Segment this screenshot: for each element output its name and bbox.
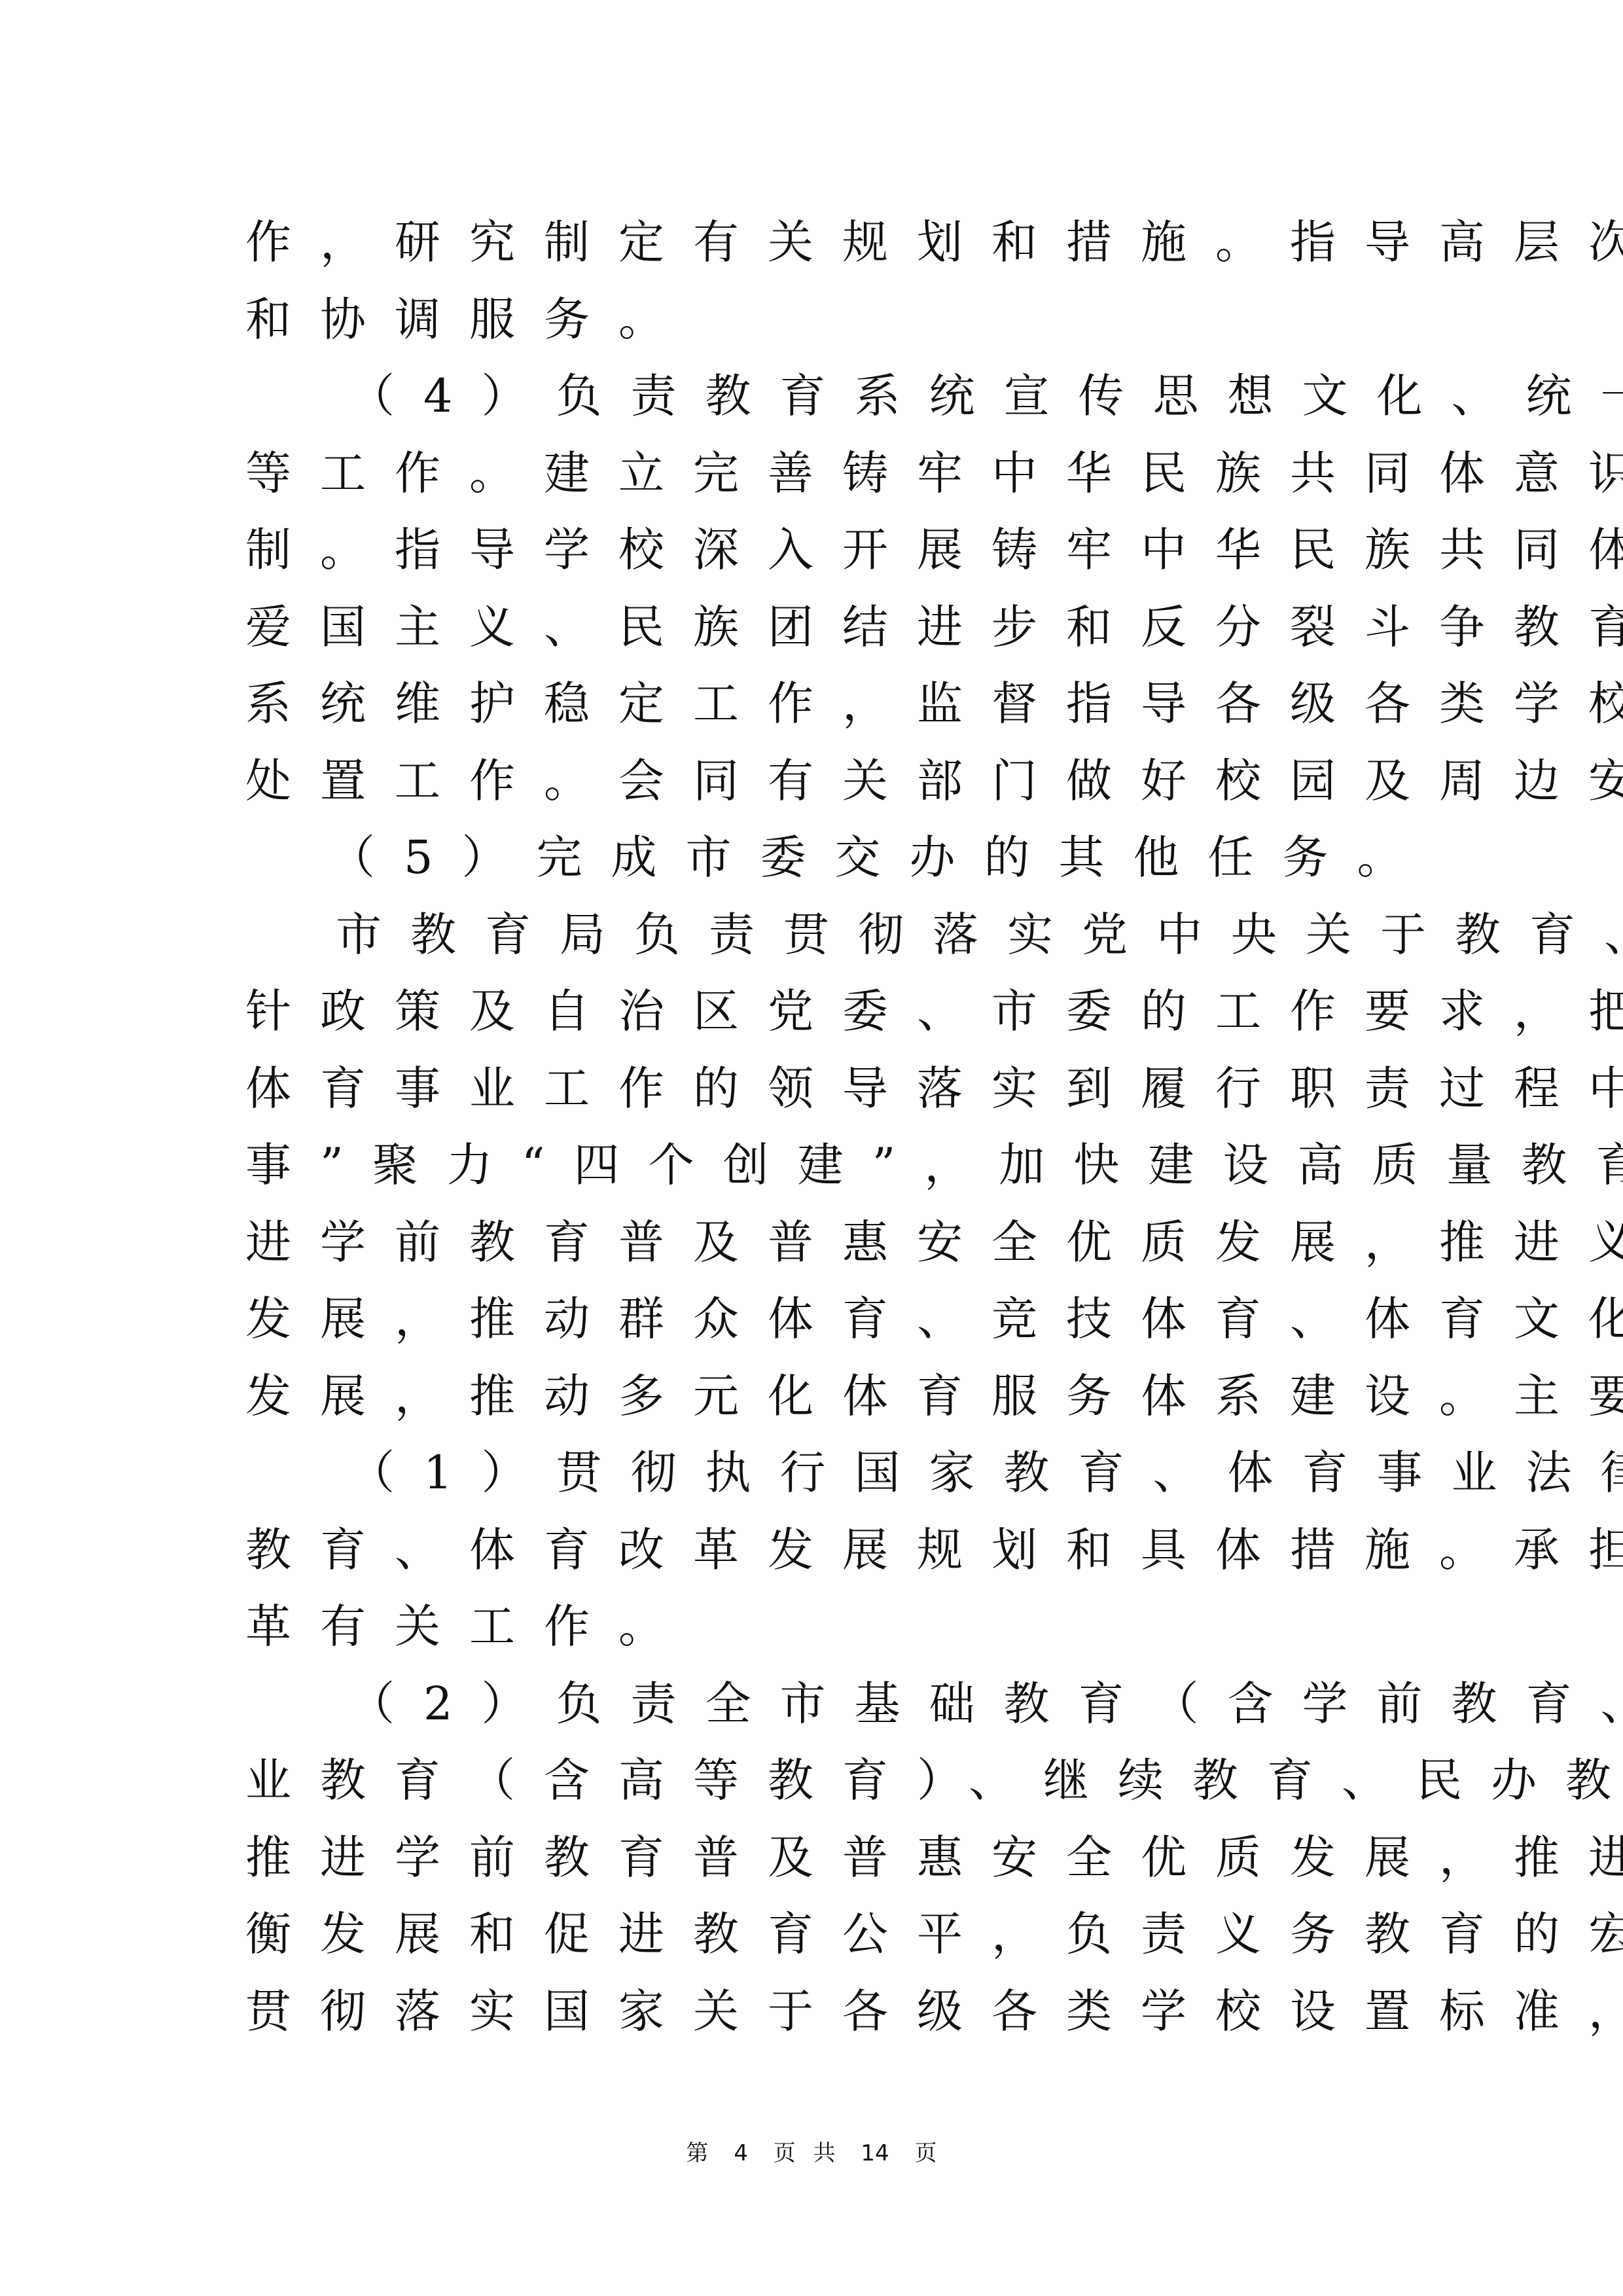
body-text: 作，研究制定有关规划和措施。指导高层次人才的选拔培养 和协调服务。 （4）负责教… bbox=[245, 204, 1387, 2050]
current-page-number: 4 bbox=[734, 2140, 748, 2166]
text-line: 和协调服务。 bbox=[245, 281, 1387, 359]
text-line: 革有关工作。 bbox=[245, 1588, 1387, 1666]
text-line: 贯彻落实国家关于各级各类学校设置标准，在权限范围内会 bbox=[245, 1973, 1387, 2051]
text-line-item-4: （4）负责教育系统宣传思想文化、统一战线、意识形态 bbox=[245, 358, 1387, 435]
text-line-paragraph-start: 市教育局负责贯彻落实党中央关于教育、体育工作的方 bbox=[245, 897, 1387, 974]
text-line: 等工作。建立完善铸牢中华民族共同体意识纳入国民教育机 bbox=[245, 435, 1387, 512]
text-line: 业教育（含高等教育）、继续教育、民办教育的宏观管理。 bbox=[245, 1742, 1387, 1820]
text-line: 体育事业工作的领导落实到履行职责过程中，聚焦“四件大 bbox=[245, 1050, 1387, 1128]
text-line: 进学前教育普及普惠安全优质发展，推进义务教育优质均衡 bbox=[245, 1204, 1387, 1282]
footer-prefix: 第 bbox=[687, 2140, 709, 2166]
text-line-item-1: （1）贯彻执行国家教育、体育事业法律法规。拟订全市 bbox=[245, 1435, 1387, 1512]
text-line: 教育、体育改革发展规划和具体措施。承担全市教育系统改 bbox=[245, 1512, 1387, 1589]
text-line: 系统维护稳定工作，监督指导各级各类学校公共安全和应急 bbox=[245, 666, 1387, 743]
total-pages-number: 14 bbox=[861, 2140, 889, 2166]
text-line: 衡发展和促进教育公平，负责义务教育的宏观指导与协调。 bbox=[245, 1896, 1387, 1973]
text-line: 爱国主义、民族团结进步和反分裂斗争教育。统筹推进教育 bbox=[245, 589, 1387, 666]
text-line-item-2: （2）负责全市基础教育（含学前教育、特殊教育）、职 bbox=[245, 1666, 1387, 1743]
footer-middle: 页 共 bbox=[774, 2140, 836, 2166]
text-line: 制。指导学校深入开展铸牢中华民族共同体意识教育，深化 bbox=[245, 512, 1387, 589]
text-line: 推进学前教育普及普惠安全优质发展，推进义务教育优质均 bbox=[245, 1820, 1387, 1897]
footer-suffix: 页 bbox=[914, 2140, 936, 2166]
text-line: 发展，推动多元化体育服务体系建设。主要职责是： bbox=[245, 1358, 1387, 1435]
page-footer: 第 4 页 共 14 页 bbox=[0, 2135, 1623, 2167]
text-line: 作，研究制定有关规划和措施。指导高层次人才的选拔培养 bbox=[245, 204, 1387, 281]
text-line-item-5: （5）完成市委交办的其他任务。 bbox=[245, 819, 1387, 897]
text-line: 事”聚力“四个创建”，加快建设高质量教育体系，着力推 bbox=[245, 1127, 1387, 1204]
text-line: 处置工作。会同有关部门做好校园及周边安全工作。 bbox=[245, 743, 1387, 820]
text-line: 发展，推动群众体育、竞技体育、体育文化、体育产业协调 bbox=[245, 1281, 1387, 1358]
text-line: 针政策及自治区党委、市委的工作要求，把坚持党对教育、 bbox=[245, 973, 1387, 1050]
document-page: 作，研究制定有关规划和措施。指导高层次人才的选拔培养 和协调服务。 （4）负责教… bbox=[0, 0, 1623, 2296]
